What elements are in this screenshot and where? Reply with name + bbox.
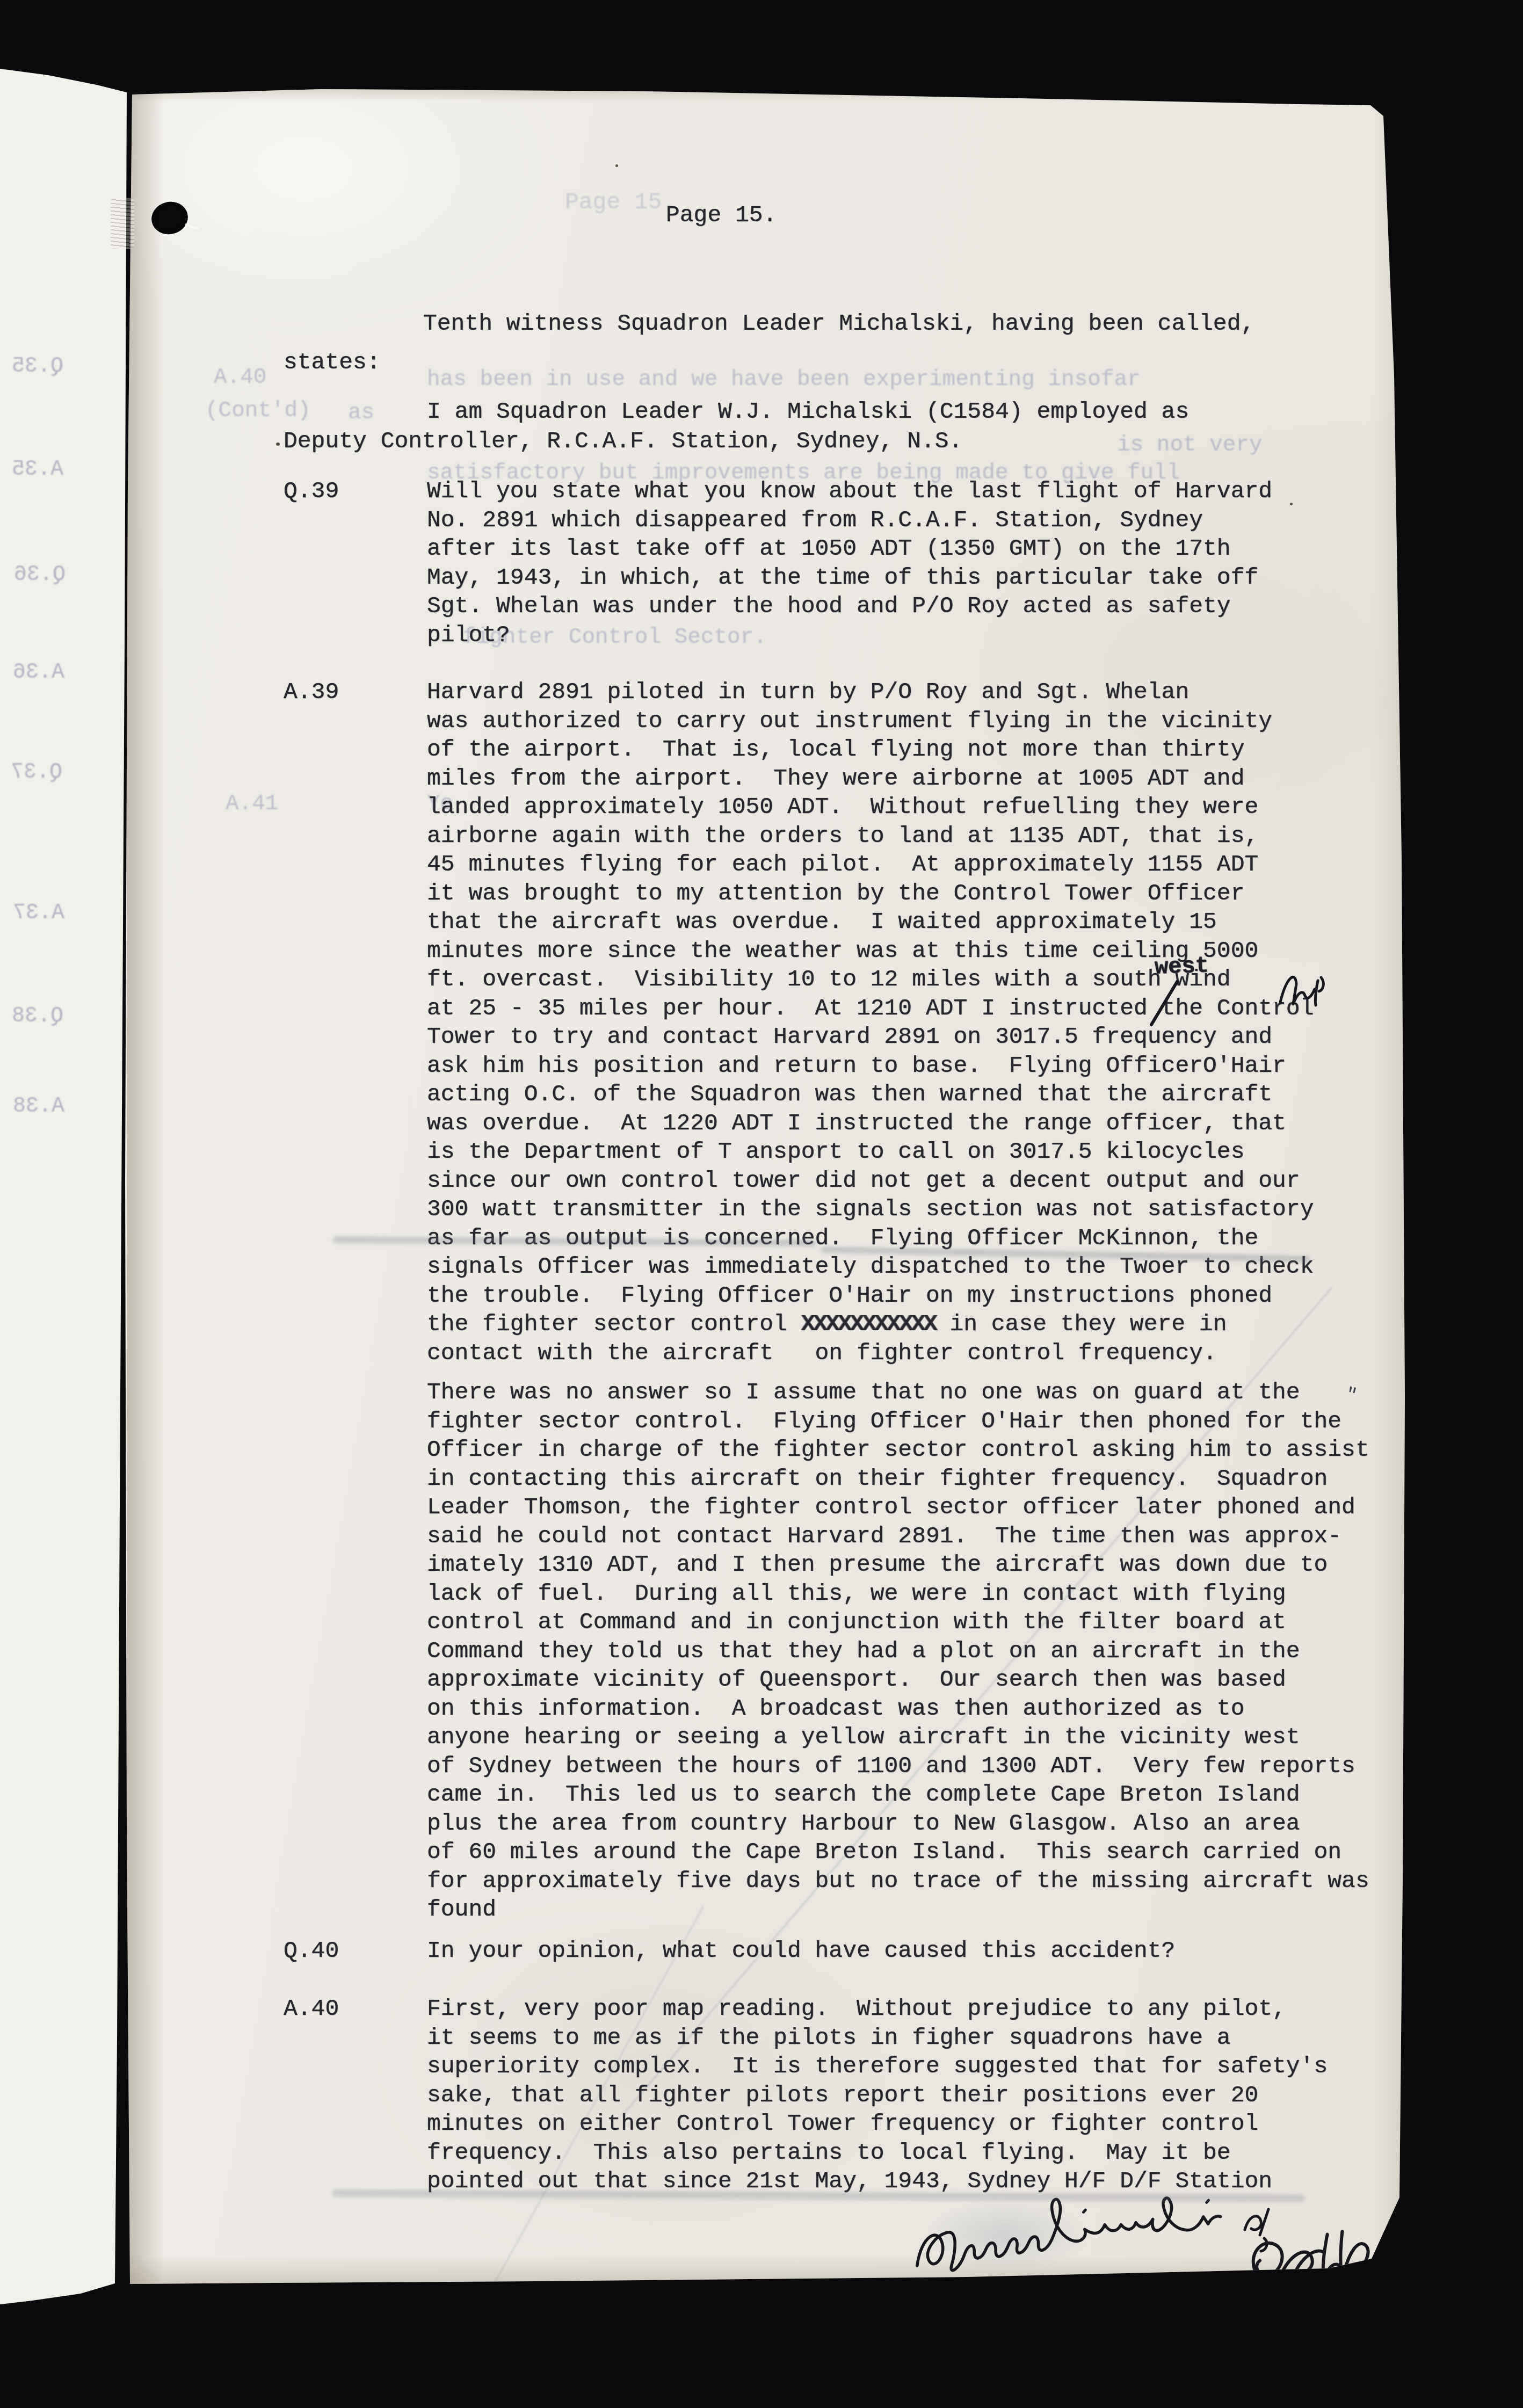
ghost-text: A.37 (13, 901, 64, 925)
photographed-document-scene: Page 15. A.40(Cont'd)A.41 has been in us… (0, 0, 1523, 2408)
ghost-text: A.35 (12, 458, 63, 482)
ghost-text: A.38 (13, 1094, 64, 1119)
fold-scuff-mark (111, 198, 134, 249)
ghost-text: A.36 (13, 661, 64, 685)
ghost-text: Q.35 (12, 354, 63, 379)
ghost-text: Q.36 (14, 563, 66, 587)
mirrored-ghost-labels: Q.35A.35Q.36A.36Q.37A.37Q.38A.38 (0, 0, 1523, 2408)
ghost-text: Q.38 (12, 1004, 63, 1028)
ghost-text: Q.37 (11, 760, 62, 785)
